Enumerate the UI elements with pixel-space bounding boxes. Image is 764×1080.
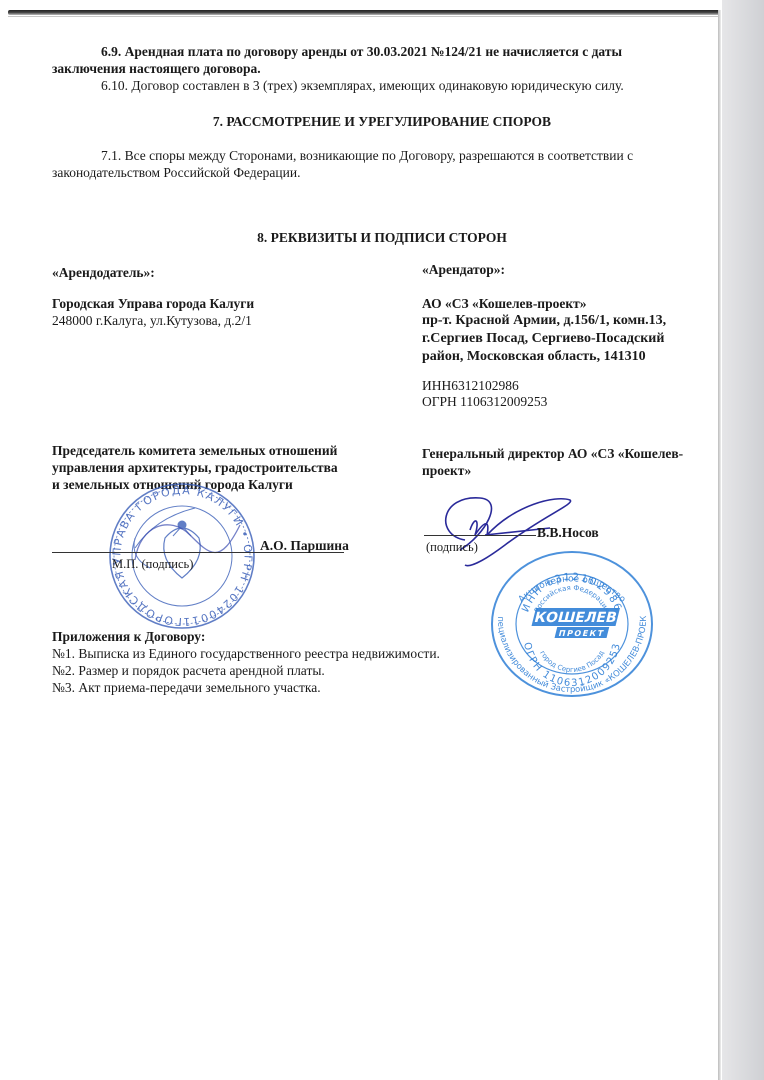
lessor-address: 248000 г.Калуга, ул.Кутузова, д.2/1	[52, 312, 252, 329]
lessee-address-line1: пр-т. Красной Армии, д.156/1, комн.13,	[422, 312, 666, 329]
clause-7-1-line2: законодательством Российской Федерации.	[52, 164, 300, 181]
scan-right-edge	[718, 10, 721, 1080]
lessee-ogrn: ОГРН 1106312009253	[422, 393, 547, 410]
lessee-name: АО «СЗ «Кошелев-проект»	[422, 295, 587, 312]
lessee-inn: ИНН6312102986	[422, 377, 519, 394]
scan-top-edge	[8, 10, 720, 15]
scan-right-shadow	[722, 0, 764, 1080]
lessee-position-line2: проект»	[422, 462, 471, 479]
appendix-item-2: №2. Размер и порядок расчета арендной пл…	[52, 662, 325, 679]
lessor-name: Городская Управа города Калуги	[52, 295, 254, 312]
lessee-sign-caption: (подпись)	[426, 539, 478, 556]
lessee-address-line2: г.Сергиев Посад, Сергиево-Посадский	[422, 330, 664, 347]
appendix-item-3: №3. Акт приема-передачи земельного участ…	[52, 679, 321, 696]
lessor-signatory: А.О. Паршина	[260, 537, 349, 554]
clause-6-10: 6.10. Договор составлен в 3 (трех) экзем…	[101, 77, 624, 94]
lessee-signature-line	[424, 535, 536, 536]
lessee-role: «Арендатор»:	[422, 261, 505, 278]
svg-text:ПРОЕКТ: ПРОЕКТ	[558, 628, 606, 638]
scan-top-line	[8, 16, 720, 17]
lessee-stamp: Акционерное общество ИНН 6312102986 Росс…	[484, 548, 660, 700]
appendices-title: Приложения к Договору:	[52, 628, 205, 645]
clause-6-9-line2: заключения настоящего договора.	[52, 60, 261, 77]
lessee-signatory: В.В.Носов	[537, 524, 599, 541]
section-7-title: 7. РАССМОТРЕНИЕ И УРЕГУЛИРОВАНИЕ СПОРОВ	[0, 113, 764, 130]
lessor-position-line1: Председатель комитета земельных отношени…	[52, 442, 337, 459]
lessee-position-line1: Генеральный директор АО «СЗ «Кошелев-	[422, 445, 683, 462]
clause-7-1-line1: 7.1. Все споры между Сторонами, возникаю…	[101, 147, 633, 164]
lessee-address-line3: район, Московская область, 141310	[422, 348, 646, 365]
clause-6-9-line1: 6.9. Арендная плата по договору аренды о…	[101, 43, 622, 60]
lessor-role: «Арендодатель»:	[52, 264, 155, 281]
lessee-logo: КОШЕЛЕВ ПРОЕКТ	[529, 608, 620, 638]
appendix-item-1: №1. Выписка из Единого государственного …	[52, 645, 440, 662]
lessor-sign-caption: М.П. (подпись)	[112, 556, 193, 573]
lessor-position-line2: управления архитектуры, градостроительст…	[52, 459, 338, 476]
svg-text:КОШЕЛЕВ: КОШЕЛЕВ	[533, 610, 619, 626]
section-8-title: 8. РЕКВИЗИТЫ И ПОДПИСИ СТОРОН	[0, 229, 764, 246]
